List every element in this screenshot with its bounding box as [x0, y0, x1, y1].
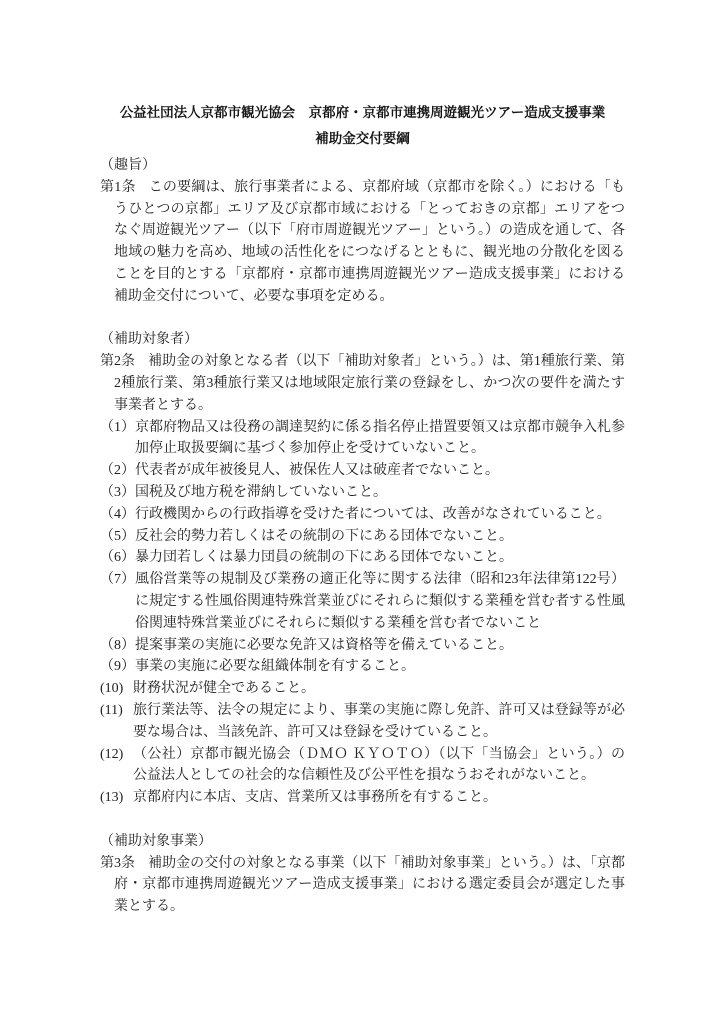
- item-6-number: （6）: [100, 547, 135, 569]
- article-3: 第3条補助金の交付の対象となる事業（以下「補助対象事業」という。）は、「京都府・…: [100, 853, 625, 918]
- eligibility-item-2: （2）代表者が成年被後見人、被保佐人又は破産者でないこと。: [100, 460, 625, 482]
- document-title-line-2: 補助金交付要綱: [100, 126, 625, 152]
- eligibility-item-4: （4）行政機関からの行政指導を受けた者については、改善がなされていること。: [100, 504, 625, 526]
- item-1-number: （1）: [100, 417, 135, 461]
- item-8-number: （8）: [100, 635, 135, 657]
- eligibility-item-13: (13)京都府内に本店、支店、営業所又は事務所を有すること。: [100, 787, 625, 809]
- article-2-label: 第2条: [100, 354, 135, 369]
- item-3-text: 国税及び地方税を滞納していないこと。: [135, 482, 625, 504]
- eligibility-item-1: （1）京都府物品又は役務の調達契約に係る指名停止措置要領又は京都市競争入札参加停…: [100, 417, 625, 461]
- item-7-text: 風俗営業等の規制及び業務の適正化等に関する法律（昭和23年法律第122号）に規定…: [135, 569, 625, 634]
- article-1: 第1条この要綱は、旅行事業者による、京都府域（京都市を除く。）における「もうひと…: [100, 177, 625, 308]
- document-body: （趣旨） 第1条この要綱は、旅行事業者による、京都府域（京都市を除く。）における…: [100, 155, 625, 918]
- item-12-number: (12): [100, 744, 133, 788]
- section-eligibility: （補助対象者） 第2条補助金の対象となる者（以下「補助対象者」という。）は、第1…: [100, 329, 625, 809]
- article-2-text: 補助金の対象となる者（以下「補助対象者」という。）は、第1種旅行業、第2種旅行業…: [114, 354, 625, 413]
- item-5-text: 反社会的勢力若しくはその統制の下にある団体でないこと。: [135, 526, 625, 548]
- item-9-text: 事業の実施に必要な組織体制を有すること。: [135, 656, 625, 678]
- item-11-text: 旅行業法等、法令の規定により、事業の実施に際し免許、許可又は登録等が必要な場合は…: [133, 700, 625, 744]
- item-8-text: 提案事業の実施に必要な免許又は資格等を備えていること。: [135, 635, 625, 657]
- eligibility-item-7: （7）風俗営業等の規制及び業務の適正化等に関する法律（昭和23年法律第122号）…: [100, 569, 625, 634]
- section-eligible-project-heading: （補助対象事業）: [100, 831, 625, 853]
- document-title-line-1: 公益社団法人京都市観光協会 京都府・京都市連携周遊観光ツアー造成支援事業: [100, 100, 625, 126]
- section-purpose: （趣旨） 第1条この要綱は、旅行事業者による、京都府域（京都市を除く。）における…: [100, 155, 625, 308]
- item-11-number: (11): [100, 700, 133, 744]
- item-10-text: 財務状況が健全であること。: [133, 678, 625, 700]
- article-1-label: 第1条: [100, 180, 136, 195]
- document-title: 公益社団法人京都市観光協会 京都府・京都市連携周遊観光ツアー造成支援事業 補助金…: [100, 100, 625, 152]
- item-7-number: （7）: [100, 569, 135, 634]
- item-4-number: （4）: [100, 504, 135, 526]
- eligibility-item-6: （6）暴力団若しくは暴力団員の統制の下にある団体でないこと。: [100, 547, 625, 569]
- item-1-text: 京都府物品又は役務の調達契約に係る指名停止措置要領又は京都市競争入札参加停止取扱…: [135, 417, 625, 461]
- eligibility-item-5: （5）反社会的勢力若しくはその統制の下にある団体でないこと。: [100, 526, 625, 548]
- item-2-text: 代表者が成年被後見人、被保佐人又は破産者でないこと。: [135, 460, 625, 482]
- eligibility-item-11: (11)旅行業法等、法令の規定により、事業の実施に際し免許、許可又は登録等が必要…: [100, 700, 625, 744]
- section-purpose-heading: （趣旨）: [100, 155, 625, 177]
- eligibility-item-12: (12)（公社）京都市観光協会（ＤＭＯ ＫＹＯＴＯ）（以下「当協会」という。）の…: [100, 744, 625, 788]
- item-5-number: （5）: [100, 526, 135, 548]
- item-3-number: （3）: [100, 482, 135, 504]
- item-12-text: （公社）京都市観光協会（ＤＭＯ ＫＹＯＴＯ）（以下「当協会」という。）の公益法人…: [133, 744, 625, 788]
- section-eligibility-heading: （補助対象者）: [100, 329, 625, 351]
- section-eligible-project: （補助対象事業） 第3条補助金の交付の対象となる事業（以下「補助対象事業」という…: [100, 831, 625, 918]
- eligibility-item-9: （9）事業の実施に必要な組織体制を有すること。: [100, 656, 625, 678]
- document-page: 公益社団法人京都市観光協会 京都府・京都市連携周遊観光ツアー造成支援事業 補助金…: [0, 0, 724, 1024]
- item-13-number: (13): [100, 787, 133, 809]
- article-1-text: この要綱は、旅行事業者による、京都府域（京都市を除く。）における「もうひとつの京…: [114, 180, 625, 304]
- item-6-text: 暴力団若しくは暴力団員の統制の下にある団体でないこと。: [135, 547, 625, 569]
- item-13-text: 京都府内に本店、支店、営業所又は事務所を有すること。: [133, 787, 625, 809]
- item-9-number: （9）: [100, 656, 135, 678]
- article-2: 第2条補助金の対象となる者（以下「補助対象者」という。）は、第1種旅行業、第2種…: [100, 351, 625, 416]
- eligibility-item-3: （3）国税及び地方税を滞納していないこと。: [100, 482, 625, 504]
- item-10-number: (10): [100, 678, 133, 700]
- item-2-number: （2）: [100, 460, 135, 482]
- eligibility-item-10: (10)財務状況が健全であること。: [100, 678, 625, 700]
- article-3-text: 補助金の交付の対象となる事業（以下「補助対象事業」という。）は、「京都府・京都市…: [114, 856, 625, 915]
- article-3-label: 第3条: [100, 856, 135, 871]
- item-4-text: 行政機関からの行政指導を受けた者については、改善がなされていること。: [135, 504, 625, 526]
- eligibility-item-8: （8）提案事業の実施に必要な免許又は資格等を備えていること。: [100, 635, 625, 657]
